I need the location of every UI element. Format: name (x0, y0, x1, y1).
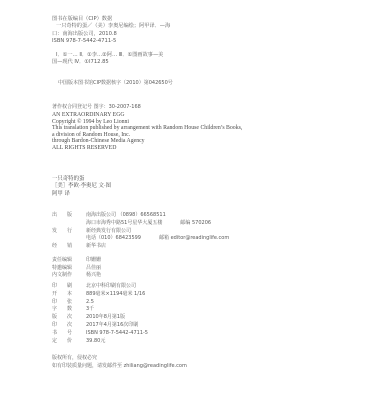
editors-block: 责任编辑印姗姗 特邀编辑吕佳丽 内文制作杨兴艳 (52, 257, 101, 280)
cip-line: 一只奇特的蛋／（美）李奥尼编绘；阿甲译．—海 (52, 23, 170, 30)
print-row: 定价39.80元 (52, 338, 148, 346)
seller: 新华书店 (86, 243, 106, 251)
print-row: 印次2017年4月第16次印刷 (52, 322, 148, 330)
copyright-registration: 著作权合同登记号 图字：30-2007-168 (52, 104, 141, 111)
rights-reserved: 版权所有，侵权必究 (52, 355, 187, 363)
cip-isbn: ISBN 978-7-5442-4711-5 (52, 38, 170, 45)
book-info: 一只奇特的蛋 ［美］李欧·李奥尼 文·图 阿甲 译 (52, 176, 111, 198)
english-line: through Bardon-Chinese Media Agency (52, 138, 242, 145)
postcode: 570206 (192, 220, 211, 228)
print-row: 版次2010年8月第1版 (52, 314, 148, 322)
cip-line: 口：南海出版公司，2010.8 (52, 31, 170, 38)
english-title: AN EXTRAORDINARY EGG (52, 112, 242, 119)
english-line: ALL RIGHTS RESERVED (52, 145, 242, 152)
email-link[interactable]: editor@readinglife.com (171, 235, 230, 243)
print-row: 书号ISBN 978-7-5442-4711-5 (52, 330, 148, 338)
publisher-name: 南海出版公司 （0898）66568511 (86, 212, 166, 220)
publisher-address: 海口市海秀中路51号星华大厦五楼 (86, 220, 162, 228)
cip-class-line: Ⅰ．①一… Ⅱ．①李…②阿… Ⅲ．①图画故事—美 (52, 52, 170, 59)
book-translator: 阿甲 译 (52, 191, 111, 198)
print-row: 开本889毫米×1194毫米 1/16 (52, 291, 148, 299)
cip-block: 图书在版编目（CIP）数据 一只奇特的蛋／（美）李奥尼编绘；阿甲译．—海 口：南… (52, 16, 170, 66)
english-line: This translation published by arrangemen… (52, 125, 242, 132)
publisher-block: 出版 南海出版公司 （0898）66568511 海口市海秀中路51号星华大厦五… (52, 212, 229, 251)
english-copyright: Copyright © 1994 by Leo Lionni (52, 119, 242, 126)
cip-class-line: 国—现代 Ⅳ．①I712.85 (52, 59, 170, 66)
printing-block: 印刷北京中科印刷有限公司 开本889毫米×1194毫米 1/16 印张2.5 字… (52, 283, 148, 345)
quality-contact: 如有印装质量问题，请发邮件至 zhiliang@readinglife.com (52, 363, 187, 371)
cip-number: 中国版本图书馆CIP数据核字（2010）第042650号 (58, 80, 173, 87)
print-row: 印刷北京中科印刷有限公司 (52, 283, 148, 291)
english-line: a division of Random House, Inc. (52, 132, 242, 139)
english-copyright-block: AN EXTRAORDINARY EGG Copyright © 1994 by… (52, 112, 242, 152)
rights-block: 版权所有，侵权必究 如有印装质量问题，请发邮件至 zhiliang@readin… (52, 355, 187, 370)
book-author: ［美］李欧·李奥尼 文·图 (52, 183, 111, 190)
